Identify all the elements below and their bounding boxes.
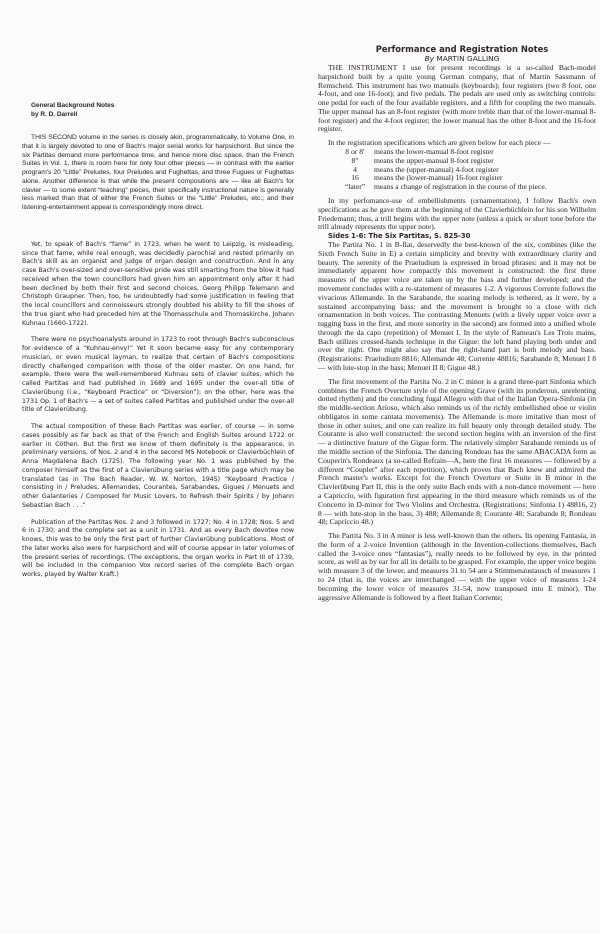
left-paragraph-3: There were no psychoanalysts around in 1…	[22, 336, 294, 415]
byline-name: MARTIN GALLING	[436, 54, 499, 63]
left-byline: by R. D. Darrell	[22, 111, 294, 120]
registration-key: “later”	[336, 183, 374, 192]
right-title: Performance and Registration Notes	[318, 44, 596, 54]
embellishment-paragraph: In my perfomance-use of embellishments (…	[318, 197, 596, 232]
partita-2-paragraph: The first movement of the Partita No. 2 …	[318, 378, 596, 527]
partita-1-paragraph: The Partita No. 1 in B-flat, deservedly …	[318, 241, 596, 373]
registration-meaning: means a change of registration in the co…	[374, 183, 596, 192]
left-paragraph-5: Publication of the Partitas Nos. 2 and 3…	[22, 519, 294, 580]
left-paragraph-4: The actual composition of these Bach Par…	[22, 423, 294, 511]
general-background-notes-column: General Background Notes by R. D. Darrel…	[22, 102, 294, 580]
left-paragraph-1: THIS SECOND volume in the series is clos…	[22, 134, 294, 213]
left-paragraph-2: Yet, to speak of Bach's “fame” in 1723, …	[22, 241, 294, 329]
registration-list: 8 or 8′ means the lower-manual 8-foot re…	[336, 148, 596, 192]
performance-notes-column: Performance and Registration Notes By MA…	[318, 44, 596, 602]
partita-3-paragraph: The Partita No. 3 in A minor is less wel…	[318, 532, 596, 602]
left-heading: General Background Notes	[22, 102, 294, 111]
byline-prefix: By	[425, 54, 434, 63]
instrument-paragraph: THE INSTRUMENT I use for present recordi…	[318, 64, 596, 134]
registration-item: “later” means a change of registration i…	[336, 183, 596, 192]
